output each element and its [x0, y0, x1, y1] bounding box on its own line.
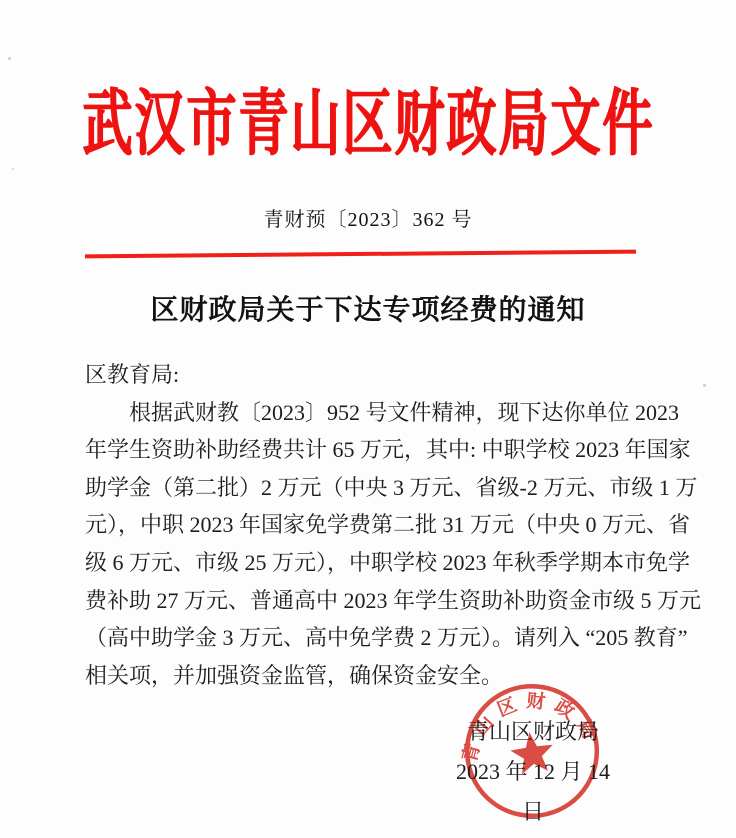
scan-speck — [12, 168, 14, 170]
signature-date: 2023 年 12 月 14 日 — [450, 752, 616, 832]
scan-speck — [703, 384, 706, 387]
body-line: 根据武财教〔2023〕952 号文件精神，现下达你单位 2023 — [85, 394, 625, 432]
body-line: 费补助 27 万元、普通高中 2023 年学生资助补助资金市级 5 万元 — [85, 582, 625, 620]
body-line: 级 6 万元、市级 25 万元），中职学校 2023 年秋季学期本市免学 — [85, 544, 625, 582]
scan-speck — [8, 57, 11, 60]
signature-org: 青山区财政局 — [450, 712, 616, 752]
document-page: 武汉市青山区财政局文件 青财预〔2023〕362 号 区财政局关于下达专项经费的… — [0, 0, 736, 838]
body-line: 助学金（第二批）2 万元（中央 3 万元、省级-2 万元、市级 1 万 — [85, 469, 625, 507]
body-line: 年学生资助补助经费共计 65 万元，其中: 中职学校 2023 年国家 — [85, 431, 625, 469]
body-line: （高中助学金 3 万元、高中免学费 2 万元）。请列入 “205 教育” — [85, 619, 625, 657]
letterhead-title: 武汉市青山区财政局文件 — [0, 66, 736, 170]
body-line: 元），中职 2023 年国家免学费第二批 31 万元（中央 0 万元、省 — [85, 506, 625, 544]
red-separator-line — [85, 250, 636, 259]
signature-block: 青山区财政局 2023 年 12 月 14 日 — [450, 712, 616, 832]
body-text: 区教育局: 根据武财教〔2023〕952 号文件精神，现下达你单位 2023 年… — [85, 356, 625, 694]
document-title: 区财政局关于下达专项经费的通知 — [0, 288, 736, 328]
doc-number: 青财预〔2023〕362 号 — [0, 203, 736, 232]
salutation: 区教育局: — [85, 356, 625, 394]
